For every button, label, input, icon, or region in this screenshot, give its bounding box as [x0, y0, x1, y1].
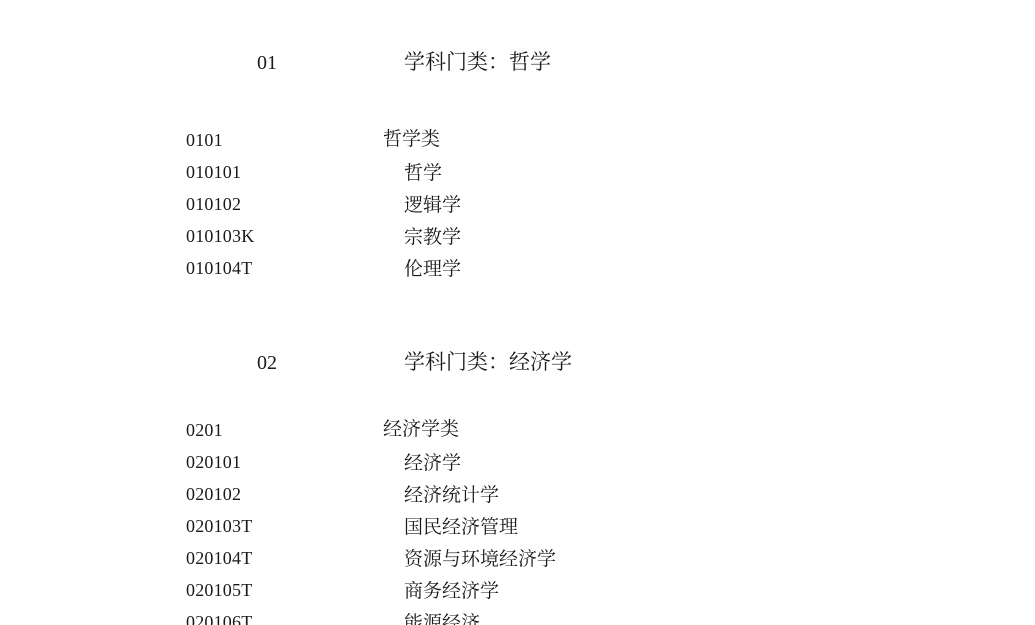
major-name: 哲学 [404, 164, 442, 183]
major-name: 能源经济 [404, 614, 480, 625]
category-title: 学科门类：经济学 [404, 352, 572, 373]
major-code: 020102 [186, 485, 241, 503]
document-page: 01 学科门类：哲学 0101 哲学类 010101 哲学 010102 逻辑学… [0, 0, 1035, 625]
major-name: 逻辑学 [404, 196, 461, 215]
major-code: 010104T [186, 259, 252, 277]
major-name: 经济学 [404, 454, 461, 473]
major-code: 010102 [186, 195, 241, 213]
major-code: 010103K [186, 227, 254, 245]
major-code: 020104T [186, 549, 252, 567]
category-code: 02 [257, 353, 277, 373]
major-code: 020101 [186, 453, 241, 471]
category-code: 01 [257, 53, 277, 73]
major-code: 020105T [186, 581, 252, 599]
major-name: 经济统计学 [404, 486, 499, 505]
major-name: 商务经济学 [404, 582, 499, 601]
group-code: 0101 [186, 131, 223, 149]
major-name: 宗教学 [404, 228, 461, 247]
major-code: 010101 [186, 163, 241, 181]
group-code: 0201 [186, 421, 223, 439]
group-name: 经济学类 [383, 420, 459, 439]
major-name: 伦理学 [404, 260, 461, 279]
group-name: 哲学类 [383, 130, 440, 149]
major-name: 资源与环境经济学 [404, 550, 556, 569]
major-code: 020106T [186, 613, 252, 625]
category-title: 学科门类：哲学 [404, 52, 551, 73]
major-name: 国民经济管理 [404, 518, 518, 537]
major-code: 020103T [186, 517, 252, 535]
